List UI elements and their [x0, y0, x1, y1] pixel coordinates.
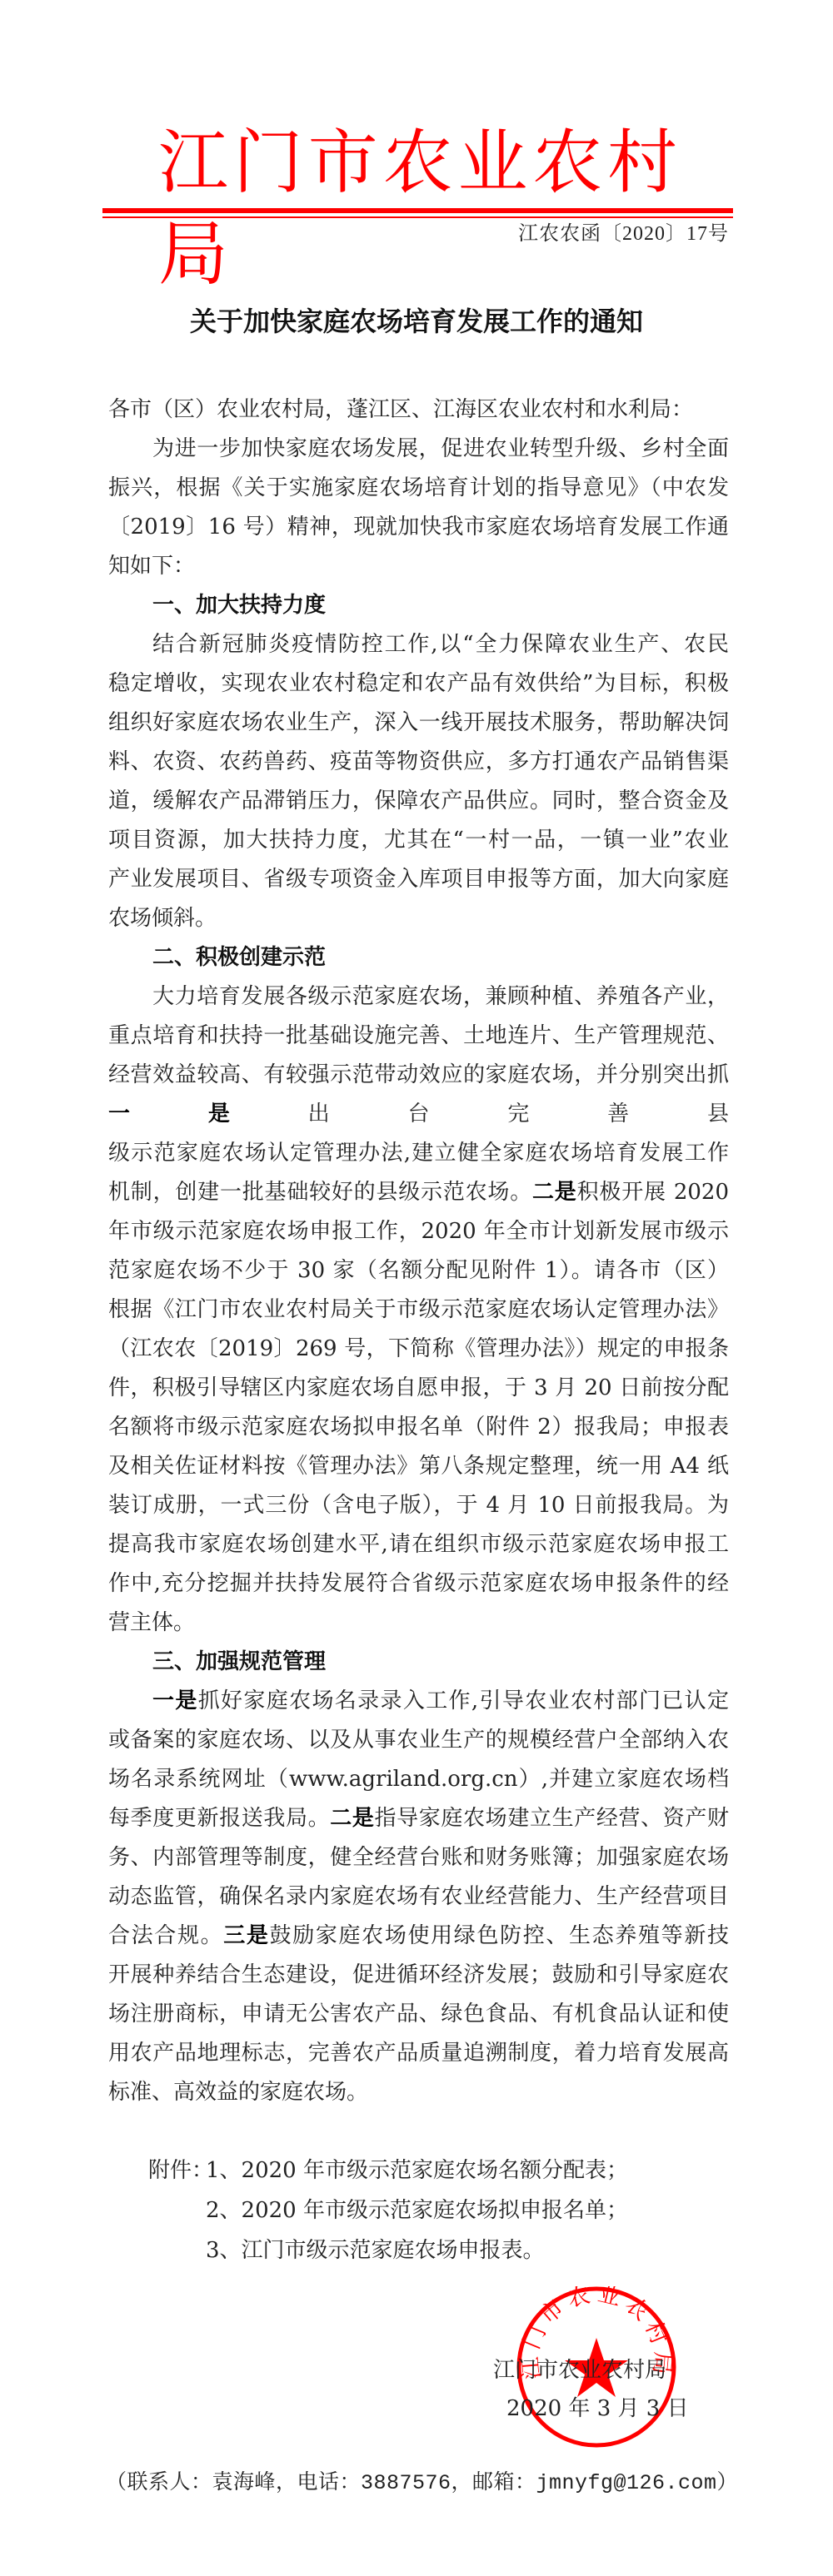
body-line: 农场倾斜。 [108, 904, 729, 932]
body-line: 知如下： [108, 552, 729, 580]
section-heading-3: 三、加强规范管理 [152, 1648, 729, 1676]
letterhead-rule-thick [102, 208, 733, 213]
body-line: 开展种养结合生态建设，促进循环经济发展；鼓励和引导家庭农 [108, 1961, 729, 1989]
signature-org: 江门市农业农村局 [493, 2356, 666, 2385]
body-line: 每季度更新报送我局。二是指导家庭农场建立生产经营、资产财 [108, 1804, 729, 1833]
body-line: 料、农资、农药兽药、疫苗等物资供应，多方打通农产品销售渠 [108, 748, 729, 776]
body-line: 动态监管，确保名录内家庭农场有农业经营能力、生产经营项目 [108, 1882, 729, 1911]
body-line: 项目资源，加大扶持力度，尤其在“一村一品，一镇一业”农业 [108, 826, 729, 854]
attachment-item: 3、江门市级示范家庭农场申报表。 [206, 2236, 545, 2265]
body-line: 组织好家庭农场农业生产，深入一线开展技术服务，帮助解决饲 [108, 709, 729, 737]
salutation: 各市（区）农业农村局，蓬江区、江海区农业农村和水利局： [108, 395, 729, 424]
body-line: 稳定增收，实现农业农村稳定和农产品有效供给”为目标，积极 [108, 669, 729, 698]
letterhead-rule-thin [102, 216, 733, 218]
body-line: 根据《江门市农业农村局关于市级示范家庭农场认定管理办法》 [108, 1295, 729, 1324]
attachments-label: 附件： [148, 2156, 213, 2185]
body-line: 重点培育和扶持一批基础设施完善、土地连片、生产管理规范、 [108, 1022, 729, 1050]
body-line: 一是出台完善县 [108, 1100, 729, 1128]
body-text: 抓好家庭农场名录录入工作,引导农业农村部门已认定 [198, 1688, 729, 1713]
body-line: 〔2019〕16 号）精神，现就加快我市家庭农场培育发展工作通 [108, 513, 729, 541]
body-line: 级示范家庭农场认定管理办法,建立健全家庭农场培育发展工作 [108, 1139, 729, 1167]
body-text: 出台完善县 [308, 1102, 729, 1126]
attachment-item: 1、2020 年市级示范家庭农场名额分配表； [206, 2156, 628, 2185]
body-line: 作中,充分挖掘并扶持发展符合省级示范家庭农场申报条件的经 [108, 1569, 729, 1598]
contact-info: （联系人：袁海峰，电话：3887576，邮箱：jmnyfg@126.com） [106, 2469, 738, 2498]
body-line: 为进一步加快家庭农场发展，促进农业转型升级、乡村全面 [152, 435, 729, 463]
section-heading-2: 二、积极创建示范 [152, 943, 729, 972]
body-text: 机制，创建一批基础较好的县级示范农场。 [108, 1180, 532, 1205]
body-line: 提高我市家庭农场创建水平,请在组织市级示范家庭农场申报工 [108, 1530, 729, 1559]
body-line: 经营效益较高、有较强示范带动效应的家庭农场，并分别突出抓 [108, 1061, 729, 1089]
attachment-item: 2、2020 年市级示范家庭农场拟申报名单； [206, 2196, 628, 2225]
body-line: 营主体。 [108, 1609, 729, 1637]
body-line: 一是抓好家庭农场名录录入工作,引导农业农村部门已认定 [152, 1687, 729, 1715]
lead-term-first: 一是 [152, 1688, 198, 1713]
document-title: 关于加快家庭农场培育发展工作的通知 [0, 305, 833, 338]
body-line: 产业发展项目、省级专项资金入库项目申报等方面，加大向家庭 [108, 865, 729, 893]
body-line: 道，缓解农产品滞销压力，保障农产品供应。同时，整合资金及 [108, 787, 729, 815]
body-line: 机制，创建一批基础较好的县级示范农场。二是积极开展 2020 [108, 1178, 729, 1206]
body-line: （江农农〔2019〕269 号，下简称《管理办法》）规定的申报条 [108, 1335, 729, 1363]
body-line: 场名录系统网址（www.agriland.org.cn）,并建立家庭农场档案， [108, 1765, 729, 1793]
body-line: 名额将市级示范家庭农场拟申报名单（附件 2）报我局；申报表 [108, 1413, 729, 1441]
body-line: 场注册商标，申请无公害农产品、绿色食品、有机食品认证和使 [108, 2000, 729, 2028]
body-text: 积极开展 2020 [577, 1180, 729, 1205]
lead-term-second: 二是 [532, 1180, 577, 1205]
body-line: 装订成册，一式三份（含电子版），于 4 月 10 日前报我局。为 [108, 1491, 729, 1519]
body-text: 合法合规。 [108, 1923, 223, 1948]
body-line: 合法合规。三是鼓励家庭农场使用绿色防控、生态养殖等新技术， [108, 1922, 729, 1950]
lead-term-second: 二是 [330, 1806, 374, 1831]
body-text: 每季度更新报送我局。 [108, 1806, 330, 1831]
body-line: 年市级示范家庭农场申报工作，2020 年全市计划新发展市级示 [108, 1217, 729, 1246]
body-line: 大力培育发展各级示范家庭农场，兼顾种植、养殖各产业， [152, 982, 729, 1011]
section-heading-1: 一、加大扶持力度 [152, 591, 729, 619]
body-line: 范家庭农场不少于 30 家（名额分配见附件 1）。请各市（区） [108, 1256, 729, 1285]
body-line: 结合新冠肺炎疫情防控工作,以“全力保障农业生产、农民 [152, 630, 729, 659]
body-line: 标准、高效益的家庭农场。 [108, 2078, 729, 2106]
letterhead-org-name: 江门市农业农村局 [158, 117, 679, 208]
body-line: 及相关佐证材料按《管理办法》第八条规定整理，统一用 A4 纸 [108, 1452, 729, 1480]
body-line: 或备案的家庭农场、以及从事农业生产的规模经营户全部纳入农 [108, 1726, 729, 1754]
body-text: 指导家庭农场建立生产经营、资产财 [375, 1806, 729, 1831]
body-line: 务、内部管理等制度，健全经营台账和财务账簿；加强家庭农场 [108, 1843, 729, 1872]
lead-term-third: 三是 [223, 1923, 269, 1948]
body-line: 件，积极引导辖区内家庭农场自愿申报，于 3 月 20 日前按分配 [108, 1374, 729, 1402]
body-line: 用农产品地理标志，完善农产品质量追溯制度，着力培育发展高 [108, 2039, 729, 2067]
document-number: 江农农函〔2020〕17号 [518, 221, 729, 246]
lead-term-first: 一是 [108, 1102, 308, 1126]
signature-date: 2020 年 3 月 3 日 [506, 2394, 689, 2423]
body-line: 振兴，根据《关于实施家庭农场培育计划的指导意见》（中农发 [108, 474, 729, 502]
